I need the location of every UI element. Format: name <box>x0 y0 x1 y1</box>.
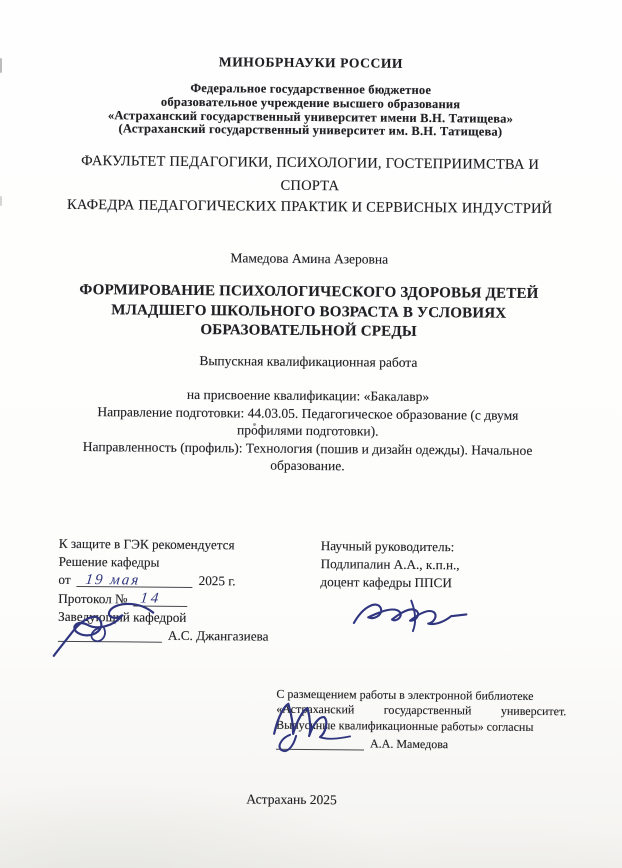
protocol-label: Протокол № <box>58 590 127 606</box>
date-prefix: от <box>58 572 70 587</box>
protocol-row: Протокол №14 <box>58 589 269 609</box>
scanned-thesis-title-page: МИНОБРНАУКИ РОССИИ Федеральное государст… <box>0 0 622 868</box>
student-signature-row: А.А. Мамедова <box>276 734 566 754</box>
date-blank-line: 19 мая <box>77 571 193 588</box>
approval-recommendation: К защите в ГЭК рекомендуется <box>59 535 270 555</box>
scan-artifact <box>253 423 256 426</box>
approval-decision: Решение кафедры <box>59 553 270 573</box>
supervisor-label: Научный руководитель: <box>321 537 460 556</box>
head-title: Заведующий кафедрой <box>58 608 269 628</box>
ministry-name: МИНОБРНАУКИ РОССИИ <box>0 52 622 73</box>
supervisor-position: доцент кафедры ППСИ <box>320 574 459 593</box>
supervisor-block: Научный руководитель: Подлипалин А.А., к… <box>320 537 460 638</box>
date-suffix: 2025 г. <box>199 573 236 588</box>
supervisor-name: Подлипалин А.А., к.п.н., <box>321 555 460 574</box>
thesis-title-line: ОБРАЗОВАТЕЛЬНОЙ СРЕДЫ <box>0 319 620 344</box>
thesis-title: ФОРМИРОВАНИЕ ПСИХОЛОГИЧЕСКОГО ЗДОРОВЬЯ Д… <box>0 280 620 344</box>
student-name: А.А. Мамедова <box>370 737 448 752</box>
head-signature-row: А.С. Джангазиева <box>58 626 269 646</box>
student-signature-line <box>276 734 364 751</box>
head-signature-line <box>58 626 162 643</box>
page-content: МИНОБРНАУКИ РОССИИ Федеральное государст… <box>0 0 622 868</box>
handwritten-date: 19 мая <box>85 571 142 590</box>
work-type: Выпускная квалификационная работа <box>0 351 619 372</box>
qualification-block: на присвоение квалификации: «Бакалавр» Н… <box>0 384 619 477</box>
head-name: А.С. Джангазиева <box>168 628 269 644</box>
university-block: Федеральное государственное бюджетное об… <box>0 80 622 141</box>
protocol-blank-line: 14 <box>134 590 188 606</box>
consent-line: Выпускные квалификационные работы» согла… <box>276 718 566 736</box>
handwritten-protocol-number: 14 <box>140 590 163 608</box>
faculty-name: ФАКУЛЬТЕТ ПЕДАГОГИКИ, ПСИХОЛОГИИ, ГОСТЕП… <box>0 149 621 200</box>
scan-artifact <box>0 58 2 73</box>
scan-artifact <box>0 196 2 206</box>
author-name: Мамедова Амина Азеровна <box>0 248 620 269</box>
city-year: Астрахань 2025 <box>0 789 603 810</box>
library-consent-block: С размещением работы в электронной библи… <box>276 687 567 754</box>
supervisor-signature <box>346 594 474 635</box>
approval-block: К защите в ГЭК рекомендуется Решение каф… <box>58 535 269 646</box>
approval-date-row: от19 мая2025 г. <box>58 571 269 591</box>
